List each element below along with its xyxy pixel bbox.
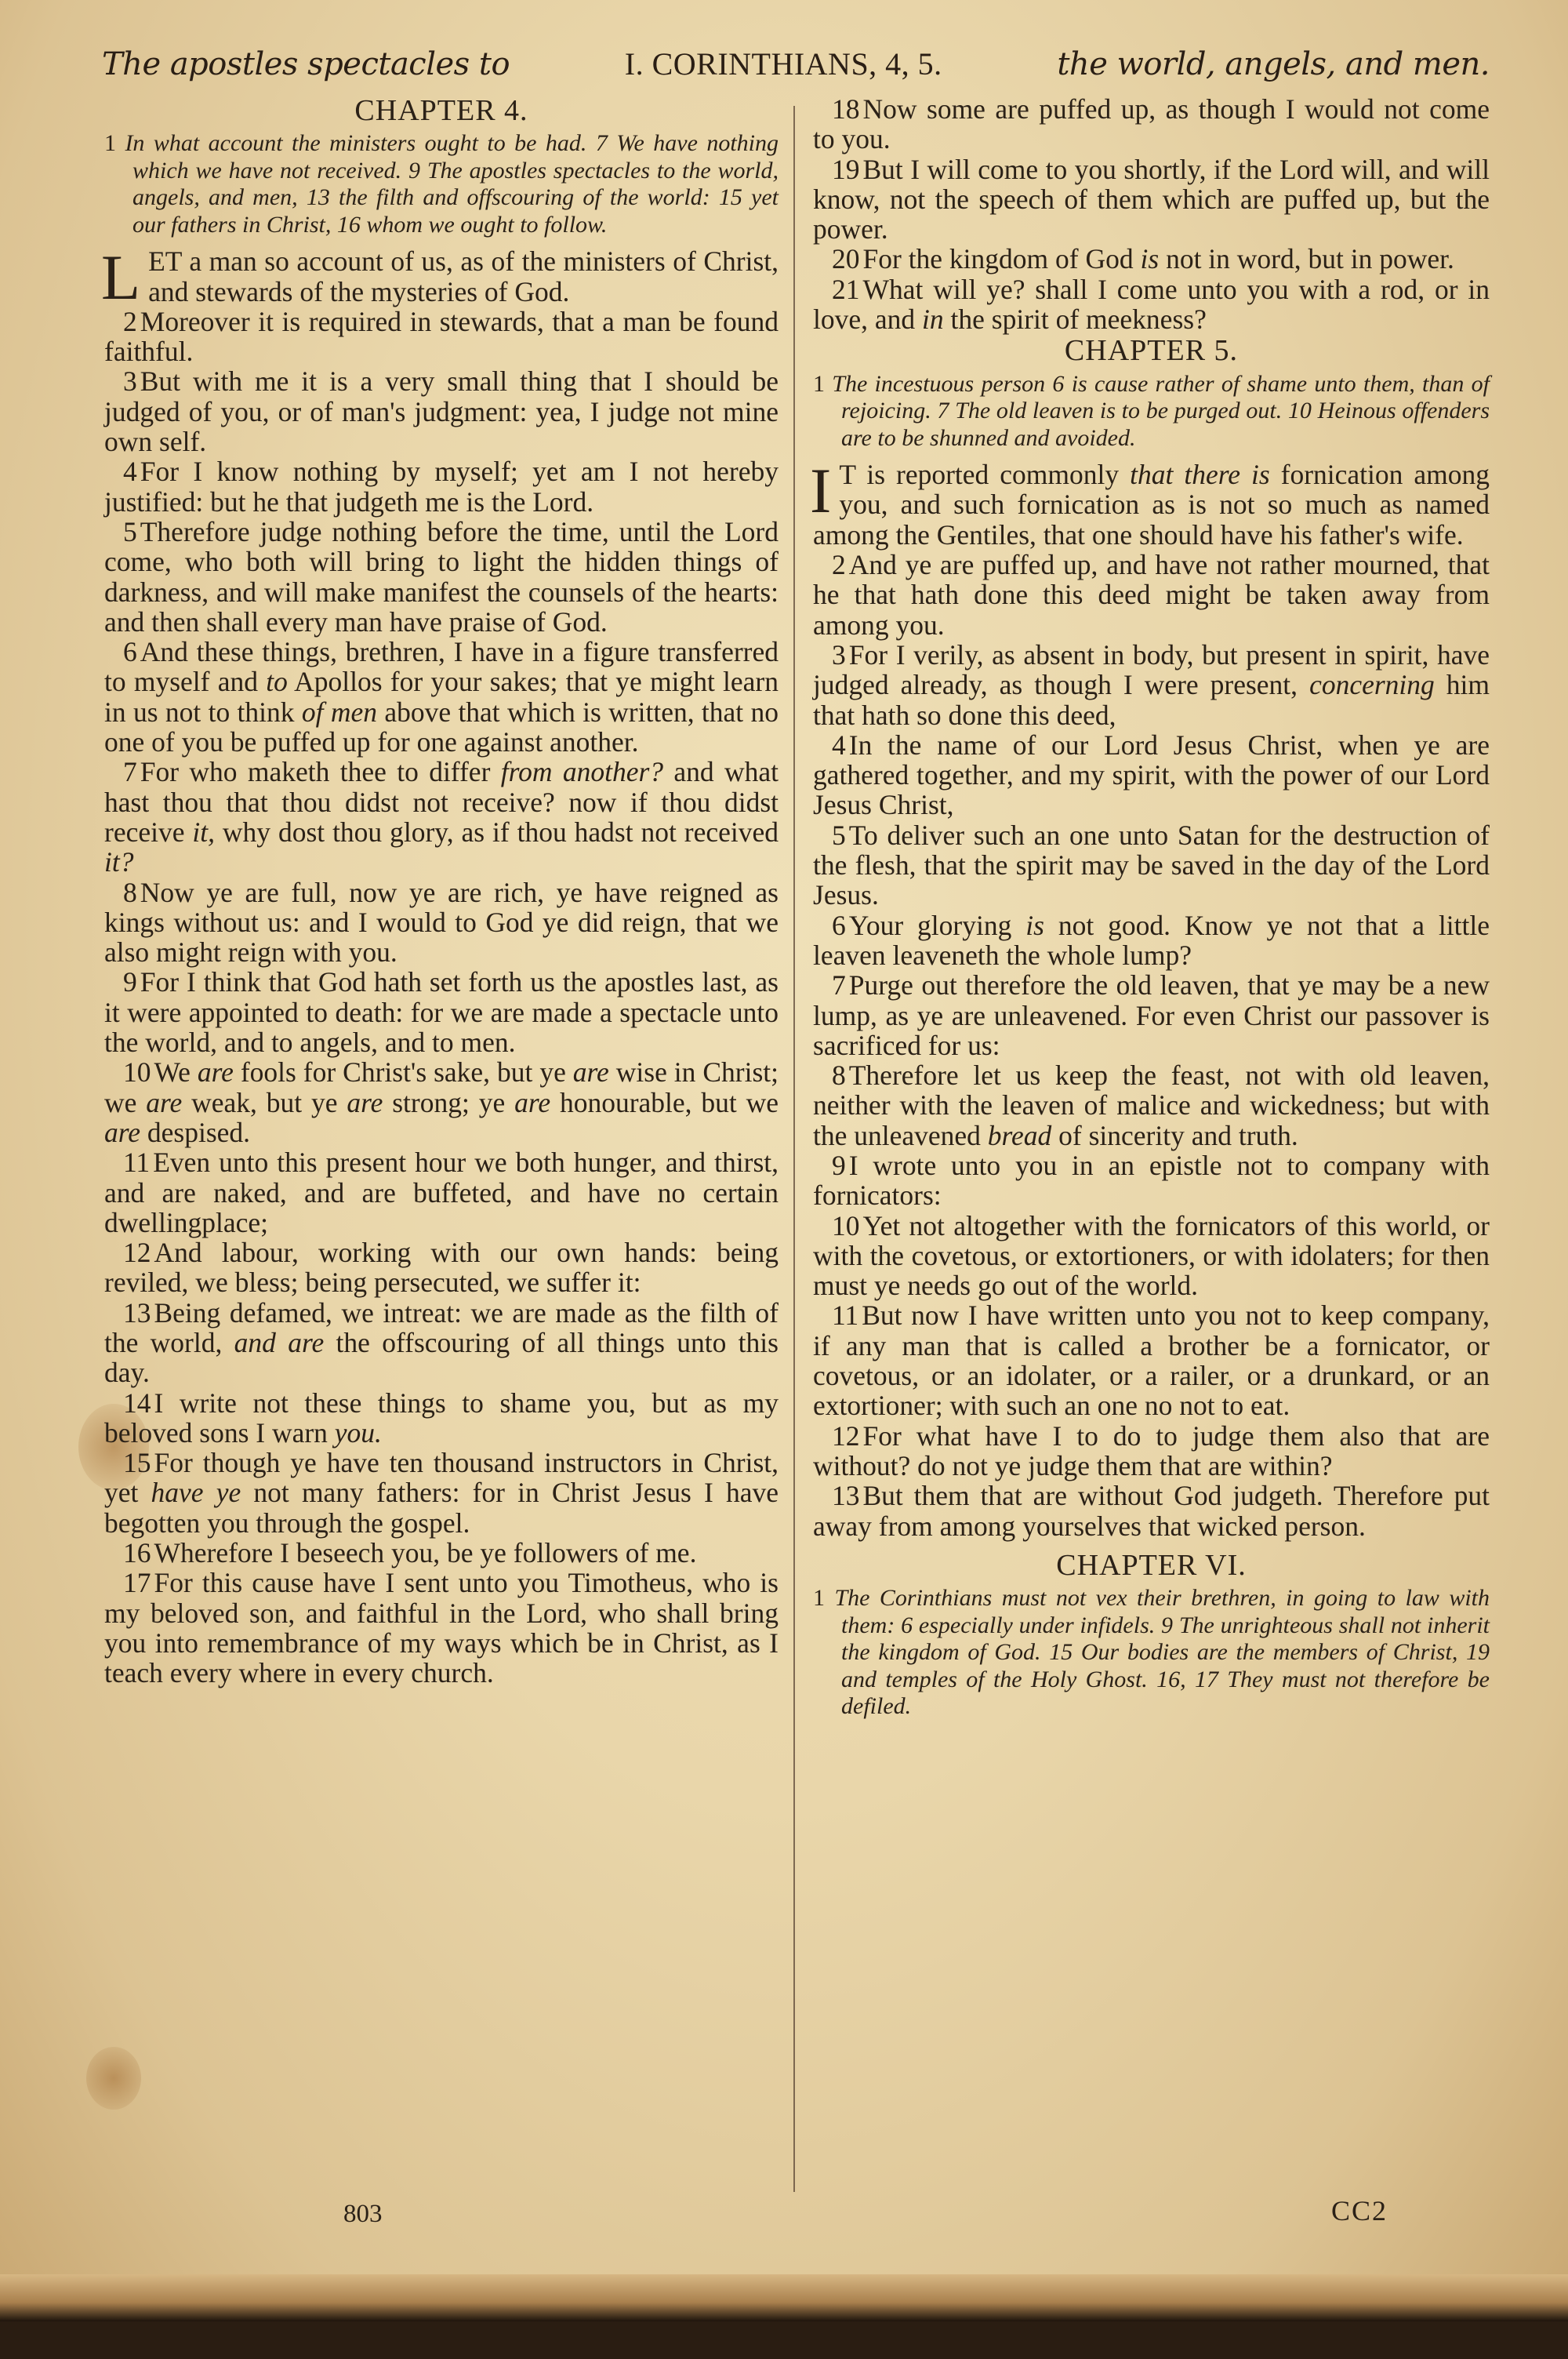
summary-verse-number: 1 — [813, 371, 825, 397]
summary-verse-number: 1 — [104, 130, 116, 156]
verse-10: 10Yet not altogether with the fornicator… — [813, 1211, 1490, 1301]
verse-text: We are fools for Christ's sake, but ye a… — [104, 1056, 779, 1148]
verse-number: 8 — [832, 1060, 846, 1091]
verse-list: 2And ye are puffed up, and have not rath… — [813, 550, 1490, 1541]
verse-text: Wherefore I beseech you, be ye followers… — [154, 1537, 697, 1568]
verse-number: 9 — [832, 1150, 846, 1181]
verse-text: For who maketh thee to differ from anoth… — [104, 756, 779, 878]
verse-9: 9For I think that God hath set forth us … — [104, 967, 779, 1057]
verse-number: 12 — [123, 1237, 151, 1268]
verse-12: 12For what have I to do to judge them al… — [813, 1421, 1490, 1481]
verse-text: Now ye are full, now ye are rich, ye hav… — [104, 877, 779, 969]
verse-8: 8Therefore let us keep the feast, not wi… — [813, 1060, 1490, 1150]
verse-text: For this cause have I sent unto you Timo… — [104, 1567, 779, 1688]
verse-text: And these things, brethren, I have in a … — [104, 636, 779, 758]
verse-6: 6Your glorying is not good. Know ye not … — [813, 911, 1490, 971]
verse-number: 9 — [123, 966, 137, 998]
summary-text: The Corinthians must not vex their breth… — [834, 1585, 1490, 1719]
verse-text: T is reported commonly that there is for… — [813, 459, 1490, 551]
verse-text: For what have I to do to judge them also… — [813, 1420, 1490, 1481]
verse-2: 2Moreover it is required in stewards, th… — [104, 307, 779, 367]
verse-number: 4 — [832, 729, 846, 761]
verse-15: 15For though ye have ten thousand instru… — [104, 1448, 779, 1538]
summary-text: The incestuous person 6 is cause rather … — [832, 371, 1490, 451]
verse-19: 19But I will come to you shortly, if the… — [813, 154, 1490, 245]
verse-number: 17 — [123, 1567, 151, 1598]
verse-21: 21What will ye? shall I come unto you wi… — [813, 274, 1490, 335]
verse-text: I write not these things to shame you, b… — [104, 1387, 779, 1448]
verse-text: But them that are without God judgeth. T… — [813, 1480, 1490, 1541]
verse-number: 6 — [123, 636, 137, 667]
verse-11: 11But now I have written unto you not to… — [813, 1300, 1490, 1420]
verse-13: 13Being defamed, we intreat: we are made… — [104, 1298, 779, 1388]
verse-text: For though ye have ten thousand instruct… — [104, 1447, 779, 1539]
verse-5: 5Therefore judge nothing before the time… — [104, 517, 779, 637]
verse-14: 14I write not these things to shame you,… — [104, 1388, 779, 1448]
right-column: 18Now some are puffed up, as though I wo… — [813, 94, 1490, 1728]
verse-text: But now I have written unto you not to k… — [813, 1299, 1490, 1421]
running-head-left: The apostles spectacles to — [102, 46, 510, 82]
verse-text: What will ye? shall I come unto you with… — [813, 274, 1490, 335]
verse-number: 13 — [123, 1297, 151, 1329]
foxing-stain — [86, 2047, 141, 2110]
verse-number: 3 — [123, 365, 137, 397]
verse-18: 18Now some are puffed up, as though I wo… — [813, 94, 1490, 154]
verse-number: 14 — [123, 1387, 151, 1419]
verse-7: 7For who maketh thee to differ from anot… — [104, 757, 779, 877]
verse-text: And ye are puffed up, and have not rathe… — [813, 549, 1490, 641]
verse-number: 7 — [123, 756, 137, 787]
verse-text: But I will come to you shortly, if the L… — [813, 154, 1490, 245]
verse-4: 4In the name of our Lord Jesus Christ, w… — [813, 730, 1490, 820]
verse-text: Now some are puffed up, as though I woul… — [813, 93, 1490, 154]
verse-number: 21 — [832, 274, 860, 305]
verse-text: Being defamed, we intreat: we are made a… — [104, 1297, 779, 1389]
running-head-book-title: I. CORINTHIANS, 4, 5. — [625, 45, 942, 82]
chapter-heading: CHAPTER 4. — [104, 96, 779, 125]
verse-number: 16 — [123, 1537, 151, 1568]
verse-11: 11Even unto this present hour we both hu… — [104, 1147, 779, 1238]
verse-number: 5 — [832, 820, 846, 851]
verse-number: 7 — [832, 969, 846, 1001]
verse-text: For I verily, as absent in body, but pre… — [813, 639, 1490, 731]
verse-text: For I think that God hath set forth us t… — [104, 966, 779, 1058]
verse-13: 13But them that are without God judgeth.… — [813, 1481, 1490, 1541]
verse-text: Moreover it is required in stewards, tha… — [104, 306, 779, 367]
verse-text: Therefore let us keep the feast, not wit… — [813, 1060, 1490, 1151]
verse-text: In the name of our Lord Jesus Christ, wh… — [813, 729, 1490, 821]
summary-verse-number: 1 — [813, 1585, 825, 1611]
verse-3: 3For I verily, as absent in body, but pr… — [813, 640, 1490, 730]
verse-number: 20 — [832, 243, 860, 274]
verse-number: 11 — [832, 1299, 858, 1331]
verse-5: 5To deliver such an one unto Satan for t… — [813, 820, 1490, 911]
running-head-right: the world, angels, and men. — [1057, 46, 1490, 82]
verse-7: 7Purge out therefore the old leaven, tha… — [813, 970, 1490, 1060]
chapter-summary: 1 In what account the ministers ought to… — [104, 130, 779, 238]
verse-list: 2Moreover it is required in stewards, th… — [104, 307, 779, 1688]
verse-number: 10 — [832, 1210, 860, 1241]
verse-8: 8Now ye are full, now ye are rich, ye ha… — [104, 878, 779, 968]
chapter-summary: 1 The Corinthians must not vex their bre… — [813, 1585, 1490, 1721]
verse-text: And labour, working with our own hands: … — [104, 1237, 779, 1298]
verse-1: IT is reported commonly that there is fo… — [813, 460, 1490, 550]
verse-list: 18Now some are puffed up, as though I wo… — [813, 94, 1490, 334]
chapter-summary: 1 The incestuous person 6 is cause rathe… — [813, 371, 1490, 453]
verse-number: 11 — [123, 1147, 150, 1178]
verse-number: 12 — [832, 1420, 860, 1452]
summary-text: In what account the ministers ought to b… — [125, 130, 779, 238]
verse-number: 18 — [832, 93, 860, 125]
verse-text: Your glorying is not good. Know ye not t… — [813, 910, 1490, 971]
verse-text: I wrote unto you in an epistle not to co… — [813, 1150, 1490, 1211]
chapter-heading: CHAPTER 5. — [813, 336, 1490, 365]
verse-9: 9I wrote unto you in an epistle not to c… — [813, 1150, 1490, 1211]
bible-page: The apostles spectacles to I. CORINTHIAN… — [0, 0, 1568, 2306]
page-edge — [0, 2274, 1568, 2321]
verse-number: 3 — [832, 639, 846, 671]
verse-16: 16Wherefore I beseech you, be ye followe… — [104, 1538, 779, 1568]
verse-1: LET a man so account of us, as of the mi… — [104, 246, 779, 307]
verse-text: For I know nothing by myself; yet am I n… — [104, 456, 779, 517]
verse-number: 2 — [832, 549, 846, 580]
verse-text: Therefore judge nothing before the time,… — [104, 516, 779, 638]
verse-number: 19 — [832, 154, 860, 185]
verse-text: Purge out therefore the old leaven, that… — [813, 969, 1490, 1061]
verse-number: 6 — [832, 910, 846, 941]
signature-mark: CC2 — [1331, 2194, 1388, 2227]
verse-3: 3But with me it is a very small thing th… — [104, 366, 779, 456]
verse-12: 12And labour, working with our own hands… — [104, 1238, 779, 1298]
verse-text: For the kingdom of God is not in word, b… — [863, 243, 1454, 274]
verse-17: 17For this cause have I sent unto you Ti… — [104, 1568, 779, 1688]
drop-cap: L — [101, 251, 140, 304]
verse-text: To deliver such an one unto Satan for th… — [813, 820, 1490, 911]
verse-number: 13 — [832, 1480, 860, 1511]
verse-number: 10 — [123, 1056, 151, 1088]
verse-number: 15 — [123, 1447, 151, 1478]
page-number: 803 — [343, 2200, 383, 2229]
verse-2: 2And ye are puffed up, and have not rath… — [813, 550, 1490, 640]
running-head: The apostles spectacles to I. CORINTHIAN… — [102, 45, 1490, 93]
verse-4: 4For I know nothing by myself; yet am I … — [104, 456, 779, 517]
verse-20: 20For the kingdom of God is not in word,… — [813, 244, 1490, 274]
verse-number: 4 — [123, 456, 137, 487]
verse-6: 6And these things, brethren, I have in a… — [104, 637, 779, 757]
verse-number: 2 — [123, 306, 137, 337]
chapter-heading: CHAPTER VI. — [813, 1550, 1490, 1580]
verse-text: But with me it is a very small thing tha… — [104, 365, 779, 457]
left-column: CHAPTER 4. 1 In what account the ministe… — [104, 94, 779, 1688]
verse-10: 10We are fools for Christ's sake, but ye… — [104, 1057, 779, 1147]
verse-text: ET a man so account of us, as of the min… — [148, 245, 779, 307]
verse-text: Yet not altogether with the fornicators … — [813, 1210, 1490, 1302]
verse-text: Even unto this present hour we both hung… — [104, 1147, 779, 1238]
column-divider — [793, 106, 795, 2192]
drop-cap: I — [810, 464, 831, 518]
verse-number: 8 — [123, 877, 137, 908]
verse-number: 5 — [123, 516, 137, 547]
